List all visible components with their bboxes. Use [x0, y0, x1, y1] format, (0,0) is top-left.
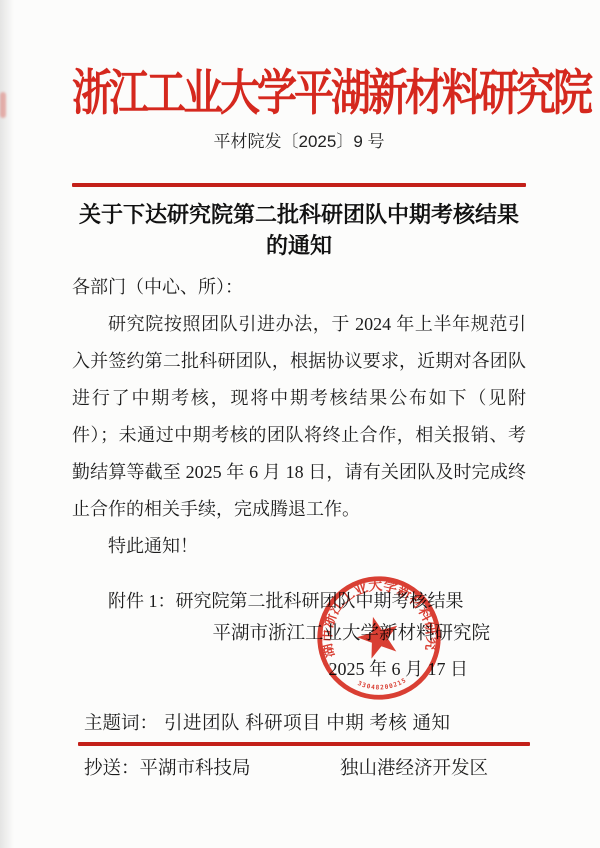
keywords-label: 主题词：	[84, 714, 158, 734]
footer-divider-line	[78, 742, 530, 746]
seal-star-icon	[353, 611, 404, 661]
cc-row: 抄送：平湖市科技局 独山港经济开发区	[84, 756, 524, 782]
keywords-row: 主题词：引进团队 科研项目 中期 考核 通知	[84, 711, 451, 737]
closing-line: 特此通知！	[72, 528, 526, 565]
scan-artifact	[0, 92, 6, 118]
document-content: 浙江工业大学平湖新材料研究院 平材院发〔2025〕9 号 关于下达研究院第二批科…	[72, 62, 526, 615]
document-number: 平材院发〔2025〕9 号	[72, 130, 526, 153]
attachment-line: 附件 1：研究院第二批科研团队中期考核结果	[72, 587, 526, 615]
notice-title-line2: 的通知	[266, 233, 332, 258]
cc-first-block: 抄送：平湖市科技局	[84, 756, 251, 782]
document-page: 浙江工业大学平湖新材料研究院 平材院发〔2025〕9 号 关于下达研究院第二批科…	[0, 0, 600, 848]
notice-title: 关于下达研究院第二批科研团队中期考核结果 的通知	[72, 199, 526, 261]
salutation: 各部门（中心、所）：	[72, 269, 526, 306]
letterhead-org-title: 浙江工业大学平湖新材料研究院	[72, 62, 526, 125]
cc-recipient-1: 平湖市科技局	[140, 759, 251, 779]
official-seal: 平湖市浙江工业大学新材料研究院 33048200215	[310, 569, 449, 708]
keywords-terms: 引进团队 科研项目 中期 考核 通知	[164, 714, 451, 734]
notice-title-line1: 关于下达研究院第二批科研团队中期考核结果	[79, 202, 519, 227]
header-divider-line	[72, 183, 526, 187]
cc-recipient-2: 独山港经济开发区	[340, 756, 488, 782]
cc-label: 抄送：	[84, 759, 140, 779]
body-paragraph: 研究院按照团队引进办法，于 2024 年上半年规范引入并签约第二批科研团队，根据…	[72, 306, 526, 528]
